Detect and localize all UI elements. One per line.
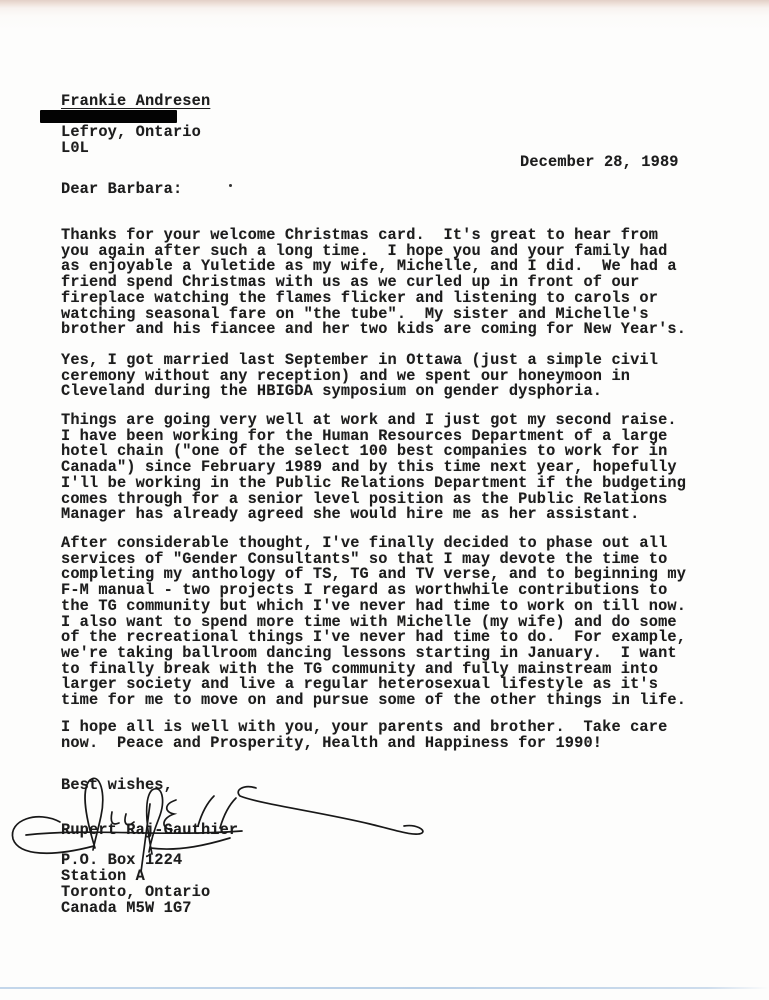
- scan-line-artifact: [0, 987, 769, 989]
- return-address: P.O. Box 1224 Station A Toronto, Ontario…: [61, 852, 210, 916]
- sender-name: Frankie Andresen: [61, 93, 210, 109]
- scanned-letter-page: Frankie Andresen Lefroy, Ontario L0L Dec…: [0, 0, 769, 1000]
- sender-postal-code: L0L: [61, 140, 89, 156]
- date-line: December 28, 1989: [520, 154, 679, 170]
- salutation: Dear Barbara:: [61, 182, 182, 198]
- body-paragraph-5: I hope all is well with you, your parent…: [61, 720, 667, 751]
- sender-location: Lefroy, Ontario: [61, 124, 201, 140]
- body-paragraph-2: Yes, I got married last September in Ott…: [61, 353, 658, 400]
- ink-speck-artifact: [229, 184, 232, 187]
- closing-line: Best wishes,: [61, 778, 173, 794]
- body-paragraph-3: Things are going very well at work and I…: [61, 413, 686, 523]
- scan-edge-artifact: [0, 0, 769, 30]
- body-paragraph-4: After considerable thought, I've finally…: [61, 536, 686, 709]
- redacted-address-bar: [40, 110, 177, 123]
- body-paragraph-1: Thanks for your welcome Christmas card. …: [61, 228, 686, 338]
- signed-name: Rupert Raj-Gauthier: [61, 823, 238, 839]
